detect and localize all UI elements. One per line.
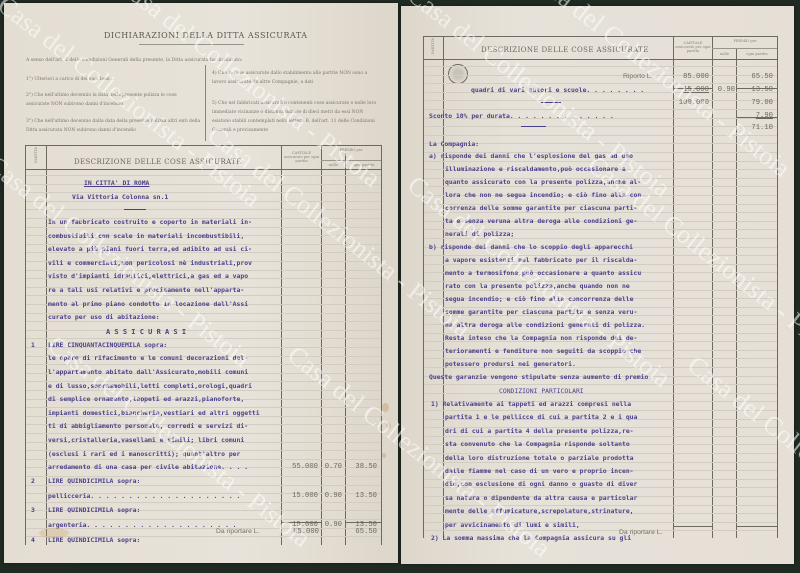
- col-header-premium-per-item: ogni partita: [737, 52, 777, 56]
- item-line: di semplice ornamento,tappeti ed arazzi,…: [48, 395, 244, 403]
- ruled-line: [26, 433, 381, 434]
- clause-b-line: potessero prodursi nei generatori.: [445, 360, 576, 368]
- ruled-line: [424, 100, 777, 101]
- clause-1-line: partita 1 e le pellicce di cui a partita…: [445, 413, 637, 421]
- clause-a-line: correnza delle somme garantite per ciasc…: [445, 204, 637, 212]
- col-header-premium-per-item: ogni partita: [346, 163, 381, 167]
- clause-1-line: della loro distruzione totale o parziale…: [445, 454, 634, 462]
- location-street: Via Vittoria Colonna sn.1: [72, 193, 168, 201]
- ruled-line: [424, 384, 777, 385]
- item-premium: 38.50: [347, 463, 377, 471]
- paintings-rate: 0.90: [713, 86, 735, 94]
- discount-premium: 7.90: [741, 112, 773, 120]
- ruled-line: [424, 135, 777, 136]
- item-rate: 0.70: [322, 463, 342, 471]
- carry-forward-premium: 65.50: [347, 528, 377, 536]
- carry-forward-label: Da riportare L.: [216, 528, 259, 535]
- ruled-line: [424, 530, 777, 531]
- clause-b-line: segua incendio; e ciò fino alla concorre…: [445, 295, 634, 303]
- clause-b-line: na altra deroga alle condizioni generali…: [445, 321, 645, 329]
- item-line: le opere di rifacimento e le comuni deco…: [48, 354, 248, 362]
- left-page: DICHIARAZIONI DELLA DITTA ASSICURATA A s…: [4, 3, 398, 563]
- paintings-premium: 13.50: [741, 86, 773, 94]
- description-line: combustibili,con scale in materiali inco…: [48, 232, 244, 240]
- col-header-description: DESCRIZIONE DELLE COSE ASSICURATE: [74, 158, 242, 166]
- declaration-item: 1°) Ulteriori a carico di dei suoi beni …: [26, 75, 201, 84]
- clause-a-line: nerali di polizza;: [445, 230, 514, 238]
- item-capital: 15.000: [283, 492, 318, 500]
- clause-a-line: quanto assicurato con la presente polizz…: [445, 178, 641, 186]
- ruled-line: [26, 338, 381, 339]
- ruled-line: [424, 410, 777, 411]
- clause-1-line: dri di cui a partita 4 della presente po…: [445, 427, 634, 435]
- item-line: e di lusso,soprammobili,letti completi,o…: [48, 382, 252, 390]
- col-header-partita: PARTITA: [431, 36, 435, 56]
- insurance-heading: A S S I C U R A S I: [106, 328, 186, 336]
- total-premium: 71.10: [741, 124, 773, 132]
- item-line: pellicceria. . . . . . . . . . . . . . .…: [48, 492, 240, 500]
- ruled-line: [26, 502, 381, 503]
- declarations-title: DICHIARAZIONI DELLA DITTA ASSICURATA: [104, 31, 308, 40]
- item-capital: 55.000: [283, 463, 318, 471]
- item-rate: 0.90: [322, 521, 342, 529]
- declaration-item: 3°) Che nell'ultimo decennio dalla data …: [26, 117, 201, 135]
- clause-1-line: dalle fiamme nel caso di un vero e propr…: [445, 467, 634, 475]
- item-number: 3: [31, 506, 35, 514]
- clause-b-line: mento a termosifone,può occasionare a qu…: [445, 269, 641, 277]
- carry-forward-capital: 85.000: [284, 528, 319, 536]
- item-line: l'appartamento abitato dall'Assicurato,m…: [48, 368, 248, 376]
- ruled-line: [26, 519, 381, 520]
- declarations-divider: [205, 65, 206, 141]
- ruled-line: [424, 505, 777, 506]
- ruled-line: [424, 161, 777, 162]
- description-line: visto d'impianti idraulici,elettrici,a g…: [48, 272, 248, 280]
- item-rate: 0.90: [322, 492, 342, 500]
- item-line: impianti domestici,biancheria,vestiari e…: [48, 409, 260, 417]
- col-header-capital: CAPITALE assicurato per ogni partita: [283, 151, 320, 163]
- carried-over-capital: 85.000: [675, 73, 709, 81]
- ruled-line: [424, 66, 777, 67]
- clause-a-line: a) risponde dei danni che l'esplosione d…: [429, 152, 633, 160]
- ruled-line: [424, 83, 777, 84]
- item-line: arredamento di una casa per civile abita…: [48, 463, 248, 471]
- ruled-line: [26, 330, 381, 331]
- item-line: LIRE CINQUANTACINQUEMILA sopra:: [48, 341, 167, 349]
- ruled-line: [424, 126, 777, 127]
- description-line: curato per uso di abitazione:: [48, 313, 160, 321]
- separator: [124, 209, 146, 210]
- ruled-line: [26, 390, 381, 391]
- clause-1-line: mente delle affumicature,screpolature,st…: [445, 507, 634, 515]
- declaration-item: 2°) Che nell'ultimo decennio la data del…: [26, 91, 201, 109]
- description-line: elevato a più piani fuori terra,ed adibi…: [48, 245, 252, 253]
- declaration-item: 5) Che nel fabbricati assicurati o conte…: [212, 99, 382, 135]
- col-header-description: DESCRIZIONE DELLE COSE ASSICURATE: [481, 46, 649, 54]
- item-line: LIRE QUINDICIMILA sopra:: [48, 477, 140, 485]
- clause-b-line: Resta inteso che la Compagnia non rispon…: [445, 334, 637, 342]
- clause-1-line: sta convenuto che la Compagnia risponde …: [445, 440, 630, 448]
- ruled-line: [26, 459, 381, 460]
- carried-over-premium: 65.50: [741, 73, 773, 81]
- ruled-line: [424, 393, 777, 394]
- paintings-line: quadri di vari autori e scuole. . . . . …: [471, 86, 644, 94]
- col-header-partita: PARTITA: [34, 145, 38, 165]
- description-line: vili e commerciali,non pericolosi nè ind…: [48, 259, 252, 267]
- clause-1-line: dio,con esclusione di ogni danno o guast…: [445, 480, 637, 488]
- ruled-line: [424, 75, 777, 76]
- clause-b-line: terioramenti e fenditure non seguiti da …: [445, 347, 641, 355]
- ruled-line: [424, 109, 777, 110]
- ruled-line: [26, 184, 381, 185]
- clause-b-line: somme garantite per ciascuna partita e s…: [445, 308, 637, 316]
- item-number: 1: [31, 341, 35, 349]
- clause-1-line: 1) Relativamente ai tappeti ed arazzi co…: [431, 400, 631, 408]
- item-line: LIRE QUINDICIMILA sopra:: [48, 506, 140, 514]
- item-number: 2: [31, 477, 35, 485]
- col-header-premium: PREMIO per: [713, 39, 777, 43]
- ruled-line: [26, 295, 381, 296]
- ruled-line: [26, 209, 381, 210]
- declarations-intro: A senso dell'art. 2 delle Condizioni Gen…: [26, 58, 242, 63]
- col-header-premium: PREMIO per: [322, 148, 380, 152]
- paintings-capital: 15.000: [675, 86, 709, 94]
- clause-a-line: lora che non ne segua incendio; e ciò fi…: [445, 191, 641, 199]
- ruled-line: [26, 321, 381, 322]
- description-line: In un fabbricato costruito e coperto in …: [48, 218, 252, 226]
- col-header-capital: CAPITALE assicurato per ogni partita: [675, 41, 711, 53]
- col-header-premium-per-mille: mille: [713, 52, 736, 56]
- item-line: (esclusi i rari ed i manoscritti); quant…: [48, 450, 240, 458]
- guarantee-note: Queste garanzie vengono stipulate senza …: [429, 373, 652, 381]
- title-underline: [139, 44, 244, 45]
- clause-2-line: 2) La somma massima che la Compagnia ass…: [431, 534, 631, 542]
- ruled-line: [26, 364, 381, 365]
- clause-a-line: ta e senza veruna altra deroga alle cond…: [445, 217, 637, 225]
- ruled-line: [424, 238, 777, 239]
- item-line: versi,cristalleria,vasellami e simili; l…: [48, 436, 244, 444]
- item-line: ti di abbigliamento personale, corredi e…: [48, 422, 248, 430]
- item-line: argenteria. . . . . . . . . . . . . . . …: [48, 521, 237, 529]
- clause-b-line: a vapore esistenti nel fabbricato per il…: [445, 256, 637, 264]
- declaration-item: 4) Che le cose assicurate dallo stabilim…: [212, 69, 382, 87]
- ruled-line: [26, 270, 381, 271]
- ruled-line: [424, 462, 777, 463]
- ruled-line: [26, 175, 381, 176]
- clause-1-line: sa natura o dipendente da altra causa e …: [445, 494, 637, 502]
- carry-forward-label: Da riportare L.: [619, 529, 662, 536]
- item-premium: 13.50: [347, 492, 377, 500]
- right-page: DESCRIZIONE DELLE COSE ASSICURATE CAPITA…: [401, 6, 794, 564]
- description-line: mento al primo piano condotto in locazio…: [48, 300, 248, 308]
- subtotal-premium: 79.00: [741, 99, 773, 107]
- description-line: re a tali usi relativi e precisamente ne…: [48, 286, 244, 294]
- ruled-line: [424, 186, 777, 187]
- clause-1-line: per avvicinamento di lumi e simili,: [445, 521, 580, 529]
- subtotal-capital: 100.000: [675, 99, 709, 107]
- special-conditions-heading: CONDIZIONI PARTICOLARI: [499, 387, 584, 395]
- company-heading: La Compagnia:: [429, 140, 479, 148]
- ruled-line: [26, 227, 381, 228]
- clause-a-line: illuminazione e riscaldamento,può occasi…: [445, 165, 626, 173]
- discount-line: Sconto 10% per durata. . . . . . . . . .…: [429, 112, 614, 120]
- ruled-line: [424, 212, 777, 213]
- ruled-line: [424, 436, 777, 437]
- clause-b-line: b) risponde dei danni che lo scoppio deg…: [429, 243, 633, 251]
- item-number: 4: [31, 536, 35, 544]
- carried-over-label: Riporto L.: [623, 73, 652, 80]
- location-city: IN CITTA' DI ROMA: [84, 179, 149, 187]
- clause-b-line: rato con la presente polizza,anche quand…: [445, 282, 630, 290]
- col-header-premium-per-mille: mille: [322, 163, 345, 167]
